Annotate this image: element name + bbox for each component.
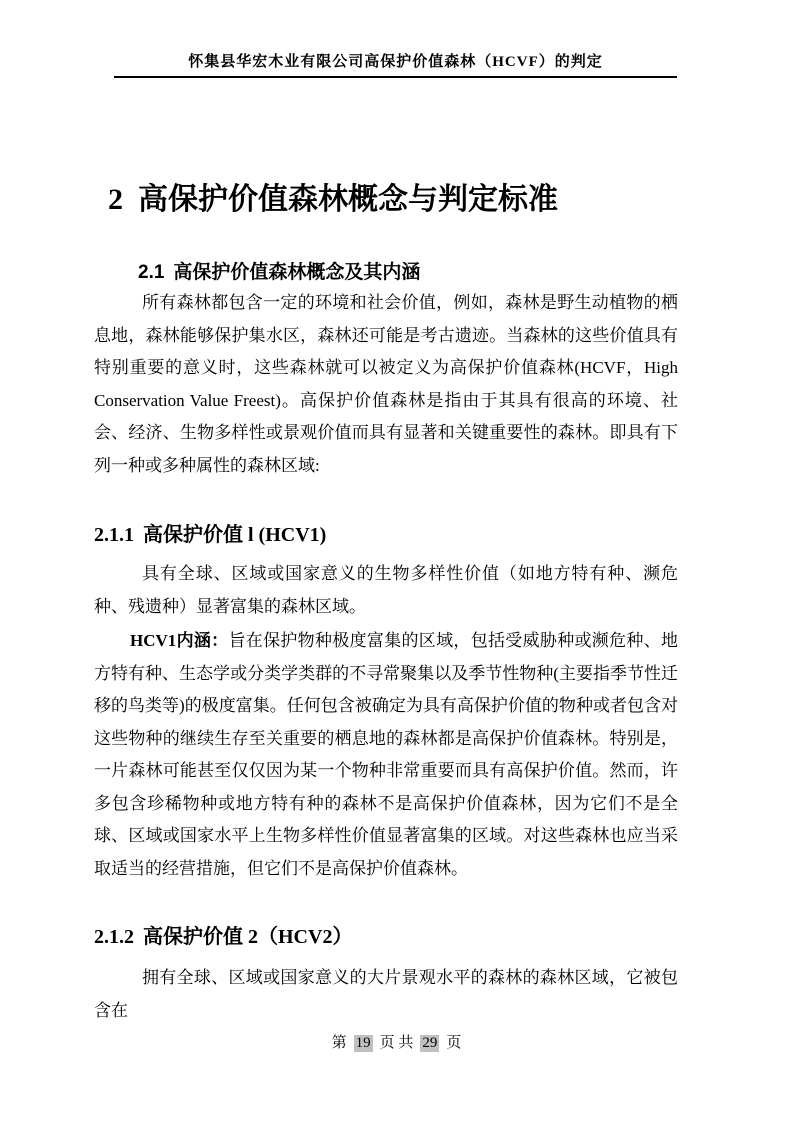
heading-chapter-text: 高保护价值森林概念与判定标准 (138, 180, 558, 220)
heading-section-text: 高保护价值森林概念及其内涵 (173, 261, 420, 285)
header-rule (114, 76, 677, 78)
footer-middle: 页 共 (380, 1031, 414, 1052)
footer-prefix: 第 (332, 1031, 347, 1052)
heading-sub2-number: 2.1.2 (94, 924, 134, 950)
heading-section-number: 2.1 (138, 261, 164, 285)
heading-chapter-number: 2 (108, 180, 123, 220)
heading-sub1-number: 2.1.1 (94, 522, 134, 548)
heading-section-2-1: 2.1 高保护价值森林概念及其内涵 (138, 261, 420, 285)
heading-chapter: 2 高保护价值森林概念与判定标准 (108, 180, 558, 220)
paragraph-hcv1-text: 旨在保护物种极度富集的区域，包括受威胁种或濒危种、地方特有种、生态学或分类学类群… (94, 631, 678, 878)
heading-sub1-text: 高保护价值 l (HCV1) (143, 522, 326, 548)
paragraph-hcv2-intro: 拥有全球、区域或国家意义的大片景观水平的森林的森林区域，它被包含在 (94, 962, 678, 1027)
footer-total-pages-field: 29 (420, 1035, 439, 1052)
paragraph-intro: 所有森林都包含一定的环境和社会价值，例如，森林是野生动植物的栖息地，森林能够保护… (94, 287, 678, 482)
page-footer: 第 19 页 共 29 页 (0, 1031, 793, 1052)
heading-sub-2-1-2: 2.1.2 高保护价值 2（HCV2） (94, 924, 352, 950)
document-page: 怀集县华宏木业有限公司高保护价值森林（HCVF）的判定 2 高保护价值森林概念与… (0, 0, 793, 1122)
footer-suffix: 页 (446, 1031, 461, 1052)
paragraph-hcv1-definition: 具有全球、区域或国家意义的生物多样性价值（如地方特有种、濒危种、残遗种）显著富集… (94, 558, 678, 623)
header-title: 怀集县华宏木业有限公司高保护价值森林（HCVF）的判定 (114, 50, 677, 71)
paragraph-hcv1-content: HCV1内涵：旨在保护物种极度富集的区域，包括受威胁种或濒危种、地方特有种、生态… (94, 625, 678, 885)
paragraph-hcv1-lead: HCV1内涵： (130, 631, 228, 650)
heading-sub2-text: 高保护价值 2（HCV2） (143, 924, 352, 950)
heading-sub-2-1-1: 2.1.1 高保护价值 l (HCV1) (94, 522, 326, 548)
footer-current-page-field: 19 (354, 1035, 373, 1052)
